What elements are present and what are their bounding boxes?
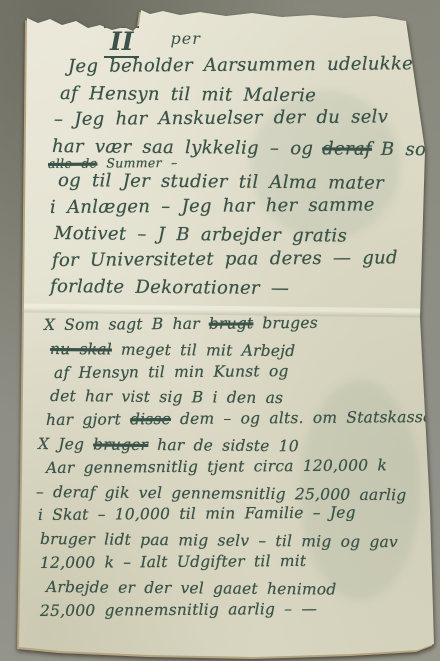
handwriting-segment: og til Jer studier til Alma mater (58, 170, 384, 194)
margin-x-mark: X (38, 435, 49, 453)
handwriting-line: Aar gennemsnitlig tjent circa 120,000 k (46, 456, 440, 483)
interlinear-insert-line: alle deSummer – (48, 153, 440, 171)
handwriting-segment: det har vist sig B i den as (50, 387, 283, 407)
handwriting-line: XSom sagt B harbrugtbruges (44, 313, 440, 340)
handwriting-line: i Anlægen – Jeg har her samme (50, 193, 440, 223)
struck-word: disse (130, 410, 171, 428)
handwriting-line: forladte Dekorationer — (50, 276, 440, 306)
page-heading: II per (104, 26, 201, 58)
handwriting-segment: Motivet – J B arbejder gratis (54, 223, 347, 247)
handwriting-segment: Summer – (106, 155, 177, 171)
handwriting-segment: dem – og alts. om Statskassen (180, 408, 440, 428)
handwriting-segment: meget til mit Arbejd (121, 340, 296, 360)
handwriting-segment: af Hensyn til min Kunst og (54, 362, 289, 382)
handwriting-segment: forladte Dekorationer — (50, 276, 289, 299)
handwriting-segment: bruger lidt paa mig selv – til mig og ga… (40, 530, 398, 551)
handwriting-line: af Hensyn til min Kunst og (54, 361, 440, 388)
handwriting-segment: af Hensyn til mit Malerie (60, 83, 316, 106)
handwriting-segment: Som sagt B har (64, 315, 200, 334)
handwriting-segment: i Anlægen – Jeg har her samme (50, 194, 375, 218)
handwriting-line: i Skat – 10,000 til min Familie – Jeg (38, 503, 440, 530)
handwriting-segment: har gjort (46, 411, 121, 430)
paragraph-2: XSom sagt B harbrugtbrugesnu skalmeget t… (24, 316, 440, 625)
margin-x-mark: X (44, 316, 55, 334)
paper-shadow-wrap: II per Jeg beholder Aarsummen udelukkend… (0, 0, 440, 661)
handwriting-segment: har de sidste 10 (157, 436, 299, 455)
handwriting-segment: Jeg beholder Aarsummen udelukkende (68, 53, 440, 77)
handwriting-line: 25,000 gennemsnitlig aarlig – — (40, 598, 440, 625)
handwriting-line: Jeg beholder Aarsummen udelukkende (68, 53, 440, 82)
handwriting-segment: Jeg (58, 435, 84, 453)
struck-word: alle de (48, 156, 97, 171)
handwriting-segment: for Universitetet paa deres — gud (52, 247, 398, 271)
handwriting: II per Jeg beholder Aarsummen udelukkend… (0, 0, 440, 661)
handwriting-segment: 12,000 k – Ialt Udgifter til mit (40, 552, 306, 572)
handwriting-line: 12,000 k – Ialt Udgifter til mit (40, 551, 440, 578)
handwriting-segment: i Skat – 10,000 til min Familie – Jeg (38, 504, 356, 524)
handwriting-line: har gjortdissedem – og alts. om Statskas… (46, 408, 440, 435)
handwriting-segment: Aar gennemsnitlig tjent circa 120,000 k (46, 456, 387, 477)
handwriting-line: – Jeg har Anskuelser der du selv (54, 106, 440, 136)
handwriting-line: for Universitetet paa deres — gud (52, 246, 440, 276)
struck-word: brugt (209, 314, 254, 332)
paragraph-1: Jeg beholder Aarsummen udelukkendeaf Hen… (28, 56, 440, 303)
handwriting-segment: – Jeg har Anskuelser der du selv (54, 106, 388, 130)
handwriting-segment: – deraf gik vel gennemsnitlig 25,000 aar… (36, 483, 407, 504)
paper: II per Jeg beholder Aarsummen udelukkend… (0, 0, 440, 661)
page-number-numeral: II (104, 26, 139, 58)
handwriting-segment: 25,000 gennemsnitlig aarlig – — (40, 599, 317, 619)
heading-word: per (170, 29, 200, 48)
struck-word: nu skal (50, 340, 112, 359)
document-photo: II per Jeg beholder Aarsummen udelukkend… (0, 0, 440, 661)
handwriting-segment: bruges (262, 314, 318, 332)
struck-word: bruger (93, 435, 148, 453)
handwriting-segment: Arbejde er der vel gaaet henimod (46, 578, 337, 599)
